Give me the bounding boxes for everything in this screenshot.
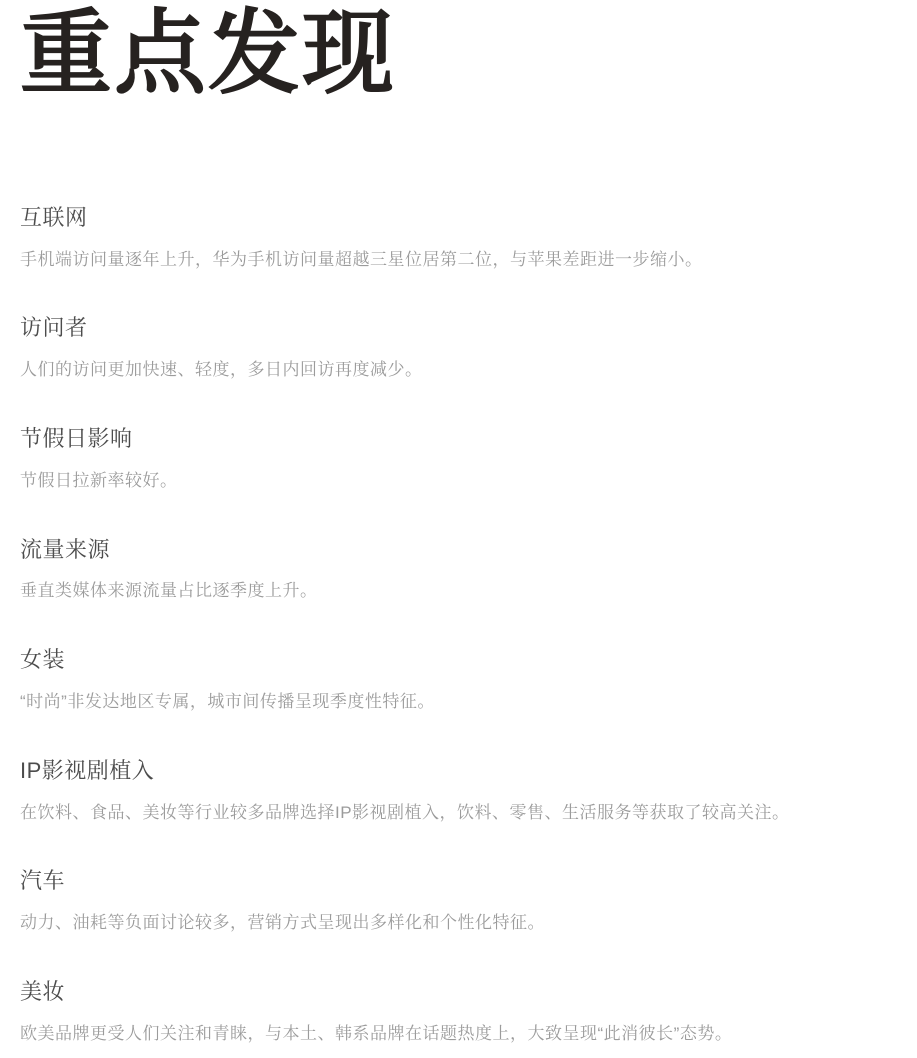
finding-body: 动力、油耗等负面讨论较多，营销方式呈现出多样化和个性化特征。 [20,911,897,935]
finding-section: 互联网 手机端访问量逐年上升，华为手机访问量超越三星位居第二位，与苹果差距进一步… [20,203,897,272]
finding-heading: 汽车 [20,866,897,897]
finding-section: 流量来源 垂直类媒体来源流量占比逐季度上升。 [20,535,897,604]
finding-section: 女装 “时尚”非发达地区专属，城市间传播呈现季度性特征。 [20,645,897,714]
page-title: 重点发现 [20,0,897,108]
finding-section: 汽车 动力、油耗等负面讨论较多，营销方式呈现出多样化和个性化特征。 [20,866,897,935]
finding-section: 访问者 人们的访问更加快速、轻度，多日内回访再度减少。 [20,313,897,382]
finding-body: 人们的访问更加快速、轻度，多日内回访再度减少。 [20,358,897,382]
finding-body: 在饮料、食品、美妆等行业较多品牌选择IP影视剧植入，饮料、零售、生活服务等获取了… [20,801,897,825]
finding-body: 欧美品牌更受人们关注和青睐，与本土、韩系品牌在话题热度上，大致呈现“此消彼长”态… [20,1022,897,1046]
finding-heading: 访问者 [20,313,897,344]
finding-body: 垂直类媒体来源流量占比逐季度上升。 [20,579,897,603]
finding-heading: 女装 [20,645,897,676]
finding-heading: IP影视剧植入 [20,756,897,787]
finding-section: 美妆 欧美品牌更受人们关注和青睐，与本土、韩系品牌在话题热度上，大致呈现“此消彼… [20,977,897,1046]
finding-heading: 互联网 [20,203,897,234]
finding-heading: 节假日影响 [20,424,897,455]
report-page: 重点发现 互联网 手机端访问量逐年上升，华为手机访问量超越三星位居第二位，与苹果… [0,0,917,1058]
finding-heading: 流量来源 [20,535,897,566]
finding-section: 节假日影响 节假日拉新率较好。 [20,424,897,493]
finding-body: “时尚”非发达地区专属，城市间传播呈现季度性特征。 [20,690,897,714]
finding-body: 节假日拉新率较好。 [20,469,897,493]
finding-heading: 美妆 [20,977,897,1008]
finding-section: IP影视剧植入 在饮料、食品、美妆等行业较多品牌选择IP影视剧植入，饮料、零售、… [20,756,897,825]
findings-list: 互联网 手机端访问量逐年上升，华为手机访问量超越三星位居第二位，与苹果差距进一步… [20,203,897,1046]
finding-body: 手机端访问量逐年上升，华为手机访问量超越三星位居第二位，与苹果差距进一步缩小。 [20,248,897,272]
